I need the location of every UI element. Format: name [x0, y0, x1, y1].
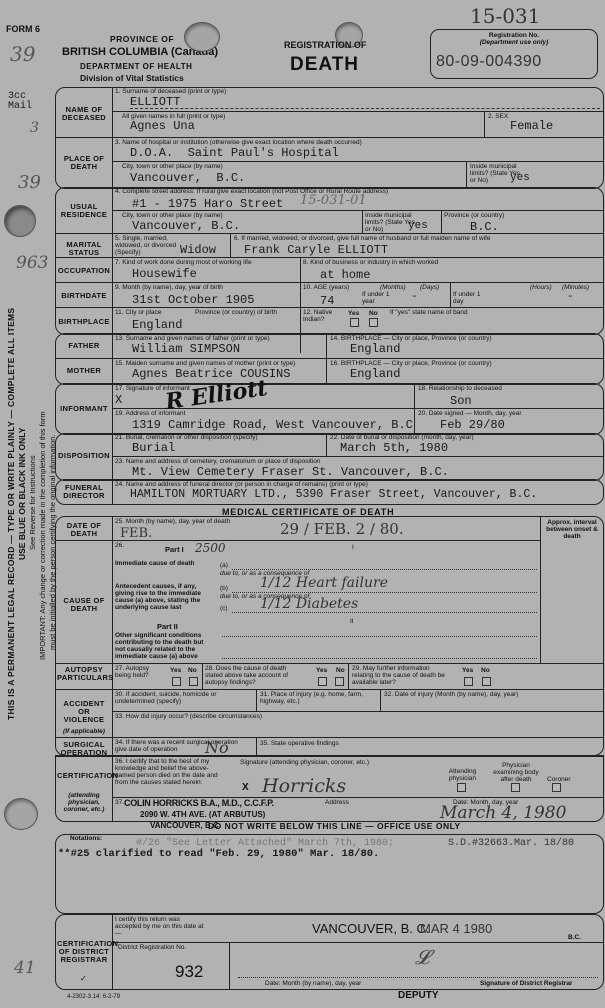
death-registration-form: FORM 6 39 PROVINCE OF BRITISH COLUMBIA (…	[0, 0, 605, 1008]
margin-important-notice: IMPORTANT: Any change or correction made…	[38, 411, 47, 660]
relationship-field[interactable]: Son	[450, 394, 472, 408]
q28-no-checkbox[interactable]	[335, 677, 344, 686]
autopsy-yes-checkbox[interactable]	[172, 677, 181, 686]
registration-number-box: Registration No. (Department use only) 8…	[430, 29, 598, 79]
office-use-line: DO NOT WRITE BELOW THIS LINE — OFFICE US…	[208, 821, 461, 831]
section-label-registrar: CERTIFICATION OF DISTRICT REGISTRAR	[57, 940, 111, 964]
physician-signature[interactable]: Horricks	[262, 775, 346, 797]
funeral-director-field[interactable]: HAMILTON MORTUARY LTD., 5390 Fraser Stre…	[130, 488, 537, 501]
cause-code: 2500	[195, 541, 226, 555]
father-birthplace-field[interactable]: England	[350, 342, 400, 356]
surname-field[interactable]: ELLIOTT	[130, 95, 180, 109]
age-field[interactable]: 74	[320, 294, 334, 308]
birthdate-field[interactable]: 31st October 1905	[132, 293, 254, 307]
section-label-certification: CERTIFICATION	[57, 772, 111, 780]
margin-note-39-top: 39	[10, 42, 35, 66]
given-names-field[interactable]: Agnes Una	[130, 119, 195, 133]
division: Division of Vital Statistics	[80, 73, 184, 83]
province-of: PROVINCE OF	[110, 34, 174, 44]
punch-hole	[4, 205, 36, 237]
under-day-field[interactable]: -	[567, 291, 574, 303]
section-label-place-of-death: PLACE OF DEATH	[57, 155, 111, 171]
handwritten-residence-number: 15-031-01	[300, 193, 367, 208]
mother-birthplace-field[interactable]: England	[350, 367, 400, 381]
registration-number: 80-09-004390	[436, 53, 542, 71]
disposition-type-field[interactable]: Burial	[132, 441, 175, 455]
section-label-mother: MOTHER	[57, 367, 111, 375]
q29-yes-checkbox[interactable]	[464, 677, 473, 686]
death-date-hand-1[interactable]: FEB.	[120, 526, 152, 541]
residence-province-field[interactable]: B.C.	[470, 220, 499, 234]
registrar-check: ✓	[80, 974, 87, 983]
mother-name-field[interactable]: Agnes Beatrice COUSINS	[132, 367, 290, 381]
occupation-field[interactable]: Housewife	[132, 267, 197, 281]
father-name-field[interactable]: William SIMPSON	[132, 342, 240, 356]
marital-status-field[interactable]: Widow	[180, 243, 216, 257]
section-label-father: FATHER	[57, 342, 111, 350]
section-label-birthdate: BIRTHDATE	[57, 292, 111, 300]
form-number: FORM 6	[6, 24, 40, 34]
form-title: DEATH	[290, 54, 359, 76]
informant-date-field[interactable]: Feb 29/80	[440, 418, 505, 432]
registrar-stamp-date: MAR 4 1980	[420, 921, 492, 936]
district-registration-number: 932	[175, 962, 203, 982]
section-label-birthplace: BIRTHPLACE	[57, 318, 111, 326]
residence-address-field[interactable]: #1 - 1975 Haro Street	[132, 197, 283, 211]
autopsy-no-checkbox[interactable]	[189, 677, 198, 686]
margin-note-41: 41	[14, 958, 36, 978]
q28-yes-checkbox[interactable]	[318, 677, 327, 686]
native-yes-checkbox[interactable]	[350, 318, 359, 327]
section-label-date-of-death: DATE OF DEATH	[57, 522, 111, 538]
registration-of: REGISTRATION OF	[284, 40, 366, 50]
margin-mail-note: 3cc Mail	[8, 92, 32, 112]
deputy-stamp: DEPUTY	[398, 990, 439, 1001]
q29-no-checkbox[interactable]	[482, 677, 491, 686]
residence-municipal-field[interactable]: yes	[408, 220, 428, 232]
handwritten-file-number: 15-031	[470, 4, 540, 28]
death-date-hand-2[interactable]: 29 / FEB. 2 / 80.	[280, 520, 404, 538]
department: DEPARTMENT OF HEALTH	[80, 62, 192, 71]
informant-address-field[interactable]: 1319 Camridge Road, West Vancouver, B.C	[132, 418, 413, 432]
section-label-disposition: DISPOSITION	[57, 452, 111, 460]
form-code: 4-2302-3.14: 6-2-79	[67, 994, 120, 1000]
margin-legal-notice: THIS IS A PERMANENT LEGAL RECORD — TYPE …	[6, 308, 16, 720]
punch-hole	[184, 22, 220, 52]
birthplace-field[interactable]: England	[132, 318, 182, 332]
margin-note-3: 3	[30, 120, 39, 136]
cause-b-field[interactable]: 1/12 Heart failure	[260, 575, 388, 591]
margin-note-963: 963	[16, 253, 48, 273]
punch-hole	[4, 798, 38, 830]
registrar-signature[interactable]: 𝓛	[415, 945, 430, 969]
physician-stamp-name: COLIN HORRICKS B.A., M.D., C.C.F.P.	[124, 798, 274, 808]
attending-physician-checkbox[interactable]	[457, 783, 466, 792]
residence-city-field[interactable]: Vancouver, B.C.	[132, 219, 240, 233]
registrar-stamp-place: VANCOUVER, B. C.	[312, 921, 430, 936]
disposition-place-field[interactable]: Mt. View Cemetery Fraser St. Vancouver, …	[132, 465, 449, 479]
section-label-marital: MARITAL STATUS	[57, 241, 111, 257]
notation-2: **#25 clarified to read "Feb. 29, 1980" …	[58, 848, 379, 860]
under-year-field[interactable]: -	[411, 291, 418, 303]
margin-reverse-notice: See Reverse for Instructions	[28, 455, 37, 550]
spouse-name-field[interactable]: Frank Caryle ELLIOTT	[244, 243, 388, 257]
cause-c-field[interactable]: 1/12 Diabetes	[260, 596, 358, 612]
hospital-field[interactable]: D.O.A. Saint Paul's Hospital	[130, 146, 339, 160]
section-label-name: NAME OF DECEASED	[57, 106, 111, 122]
sex-field[interactable]: Female	[510, 119, 553, 133]
disposition-date-field[interactable]: March 5th, 1980	[340, 441, 448, 455]
physician-stamp-address: 2090 W. 4TH AVE. (AT ARBUTUS)	[140, 810, 265, 819]
coroner-checkbox[interactable]	[552, 783, 561, 792]
examining-physician-checkbox[interactable]	[511, 783, 520, 792]
margin-ink-notice: USE BLUE OR BLACK INK ONLY	[17, 428, 27, 560]
section-label-autopsy: AUTOPSY PARTICULARS	[57, 666, 111, 682]
section-label-occupation: OCCUPATION	[57, 267, 111, 275]
margin-note-39: 39	[18, 172, 41, 193]
notation-1-ref: S.D.#32663.Mar. 18/80	[448, 838, 574, 849]
section-label-accident: ACCIDENT OR VIOLENCE	[57, 700, 111, 724]
industry-field[interactable]: at home	[320, 268, 370, 282]
certification-date-field[interactable]: March 4, 1980	[440, 803, 566, 823]
native-no-checkbox[interactable]	[369, 318, 378, 327]
death-city-field[interactable]: Vancouver, B.C.	[130, 171, 245, 185]
section-label-informant: INFORMANT	[57, 405, 111, 413]
section-label-funeral: FUNERAL DIRECTOR	[57, 484, 111, 500]
section-label-cause-of-death: CAUSE OF DEATH	[57, 597, 111, 613]
section-label-residence: USUAL RESIDENCE	[57, 203, 111, 219]
death-municipal-field[interactable]: yes	[510, 172, 530, 184]
